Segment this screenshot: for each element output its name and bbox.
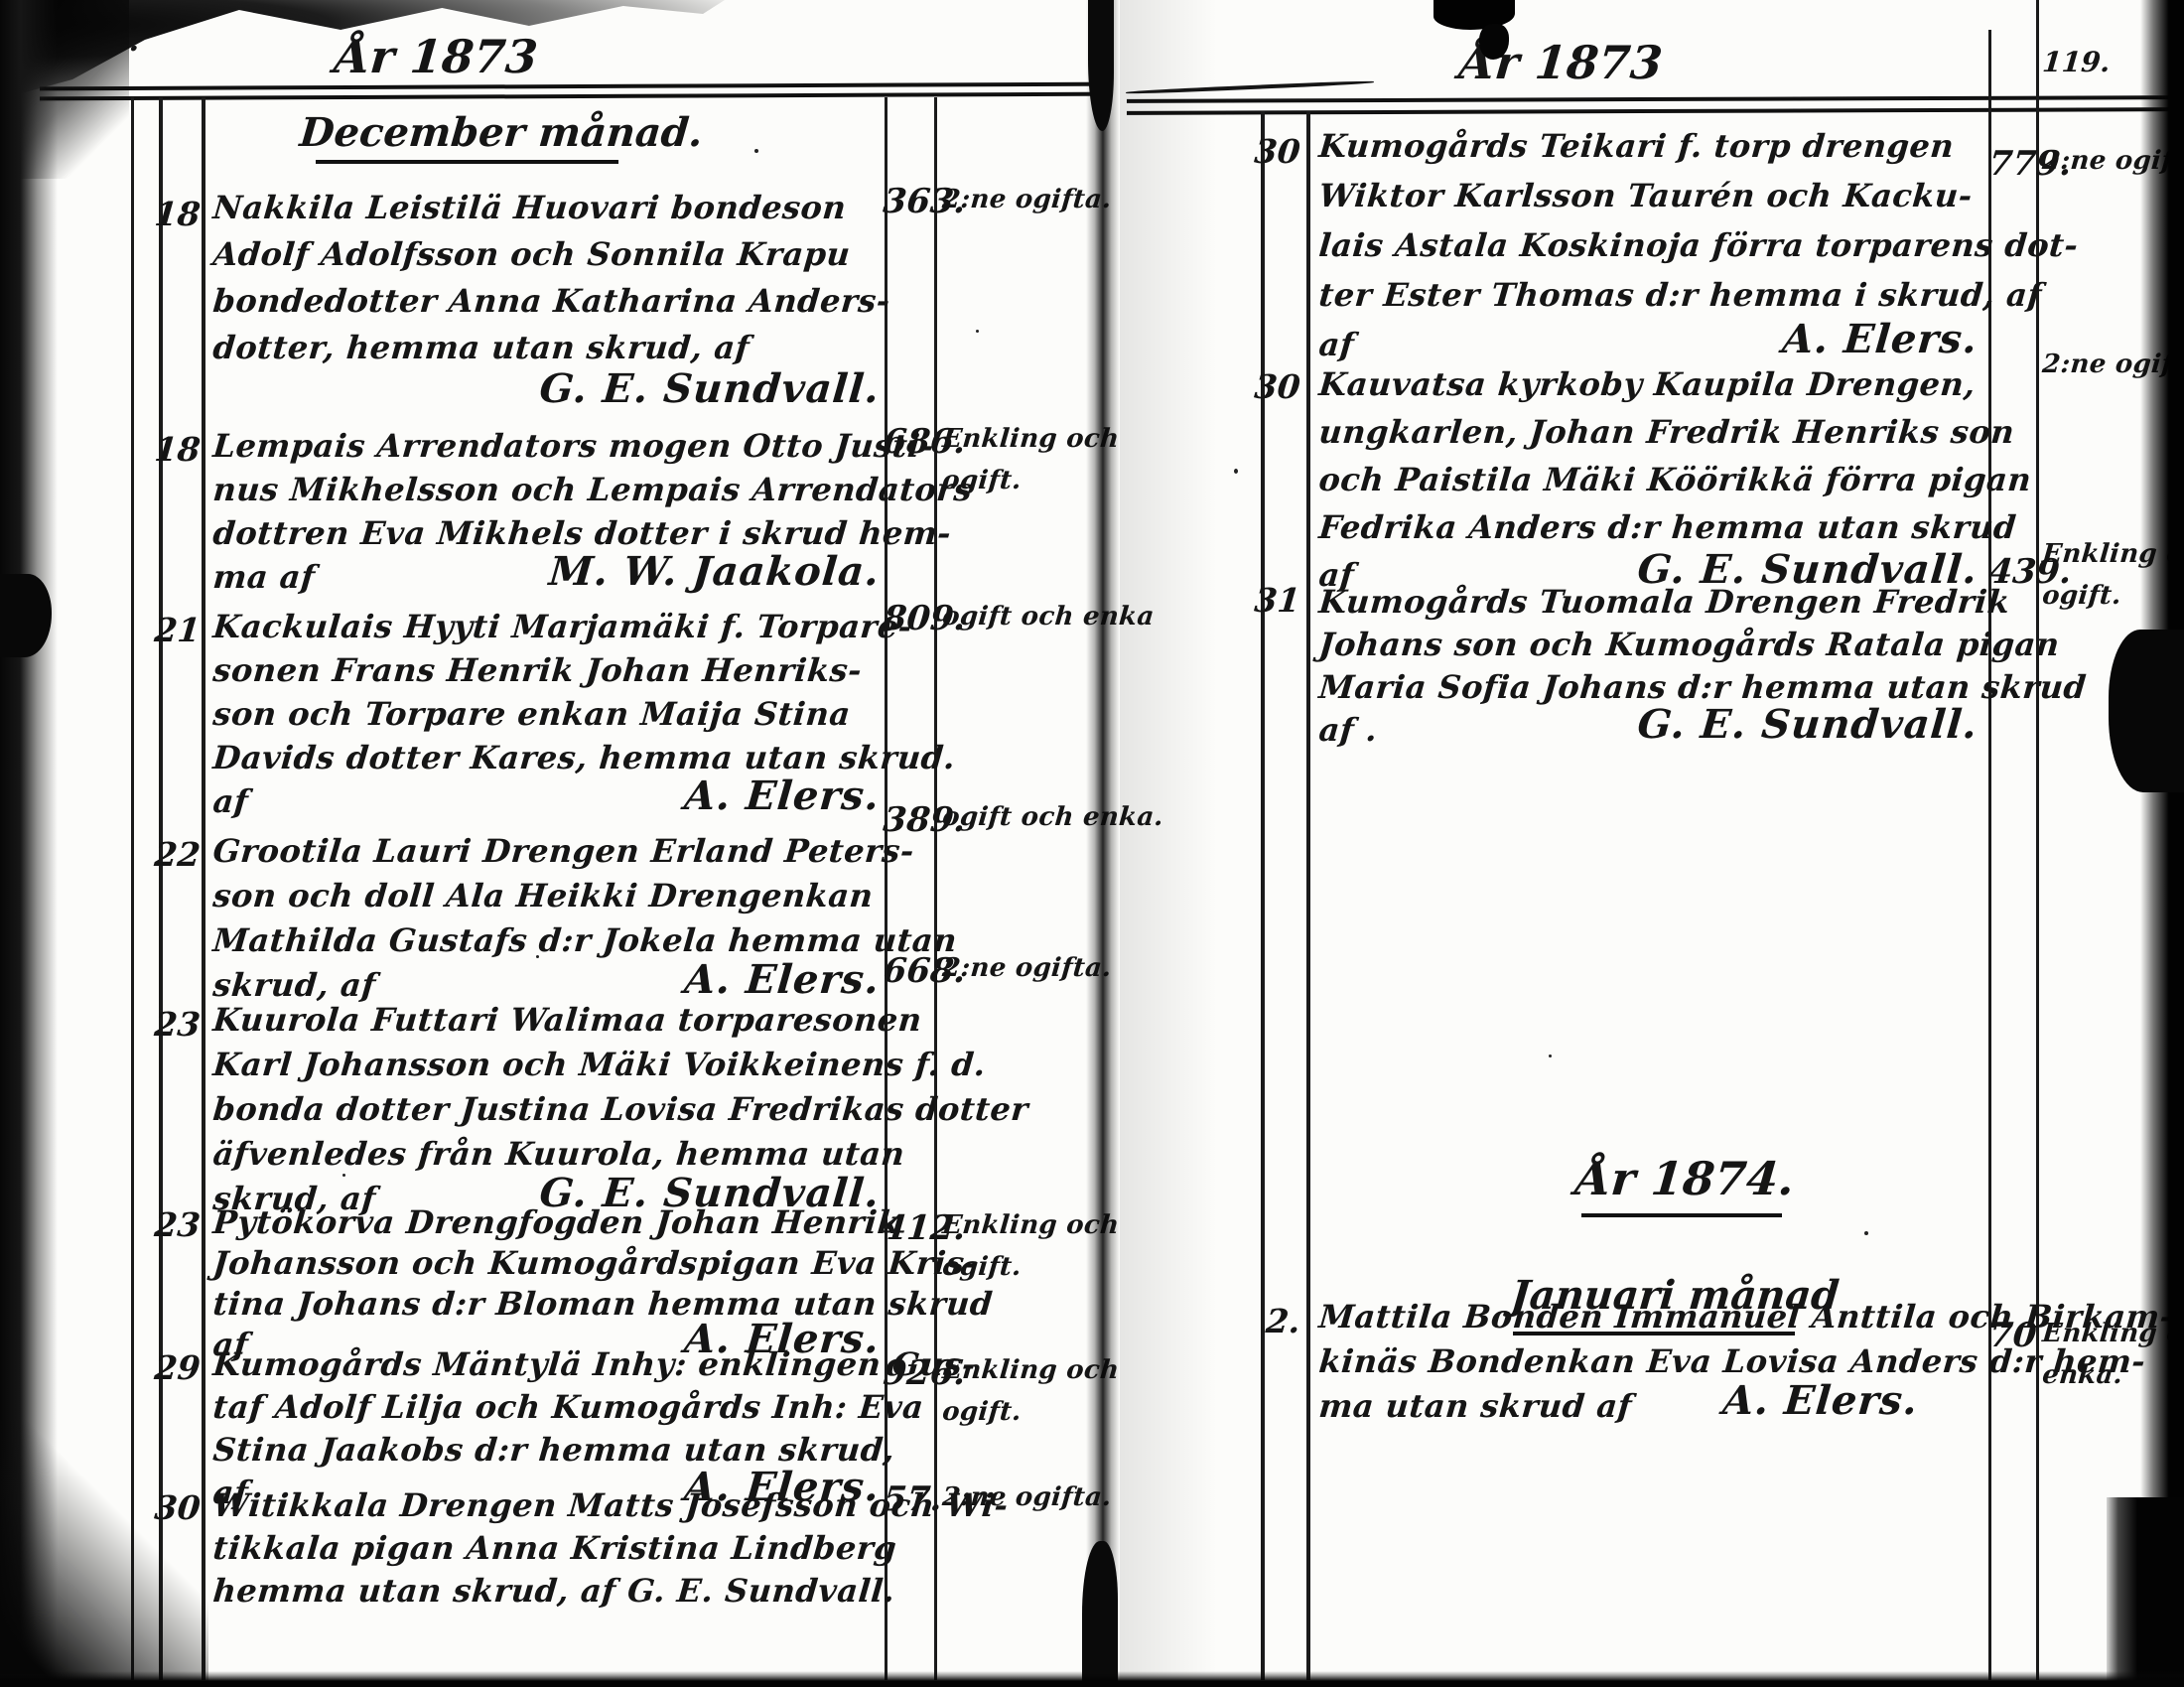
entry-tail: af .: [1317, 711, 1379, 749]
left-header-rule-top: [40, 82, 1112, 91]
entry-day: 29: [153, 1348, 202, 1387]
gutter-blot-top: [1088, 0, 1114, 131]
entry-signature: A. Elers.: [480, 773, 882, 819]
scan-edge-bottom: [0, 1671, 2184, 1687]
scan-speck: [1549, 1054, 1552, 1057]
entry-line: bondedotter Anna Katharina Anders-: [211, 282, 891, 320]
scan-speck: [1864, 1231, 1868, 1235]
entry-line: sonen Frans Henrik Johan Henriks-: [211, 651, 864, 689]
right-header-rule-bottom: [1127, 107, 2184, 115]
entry-number: 439.: [1987, 552, 2038, 592]
right-header-rule-top: [1127, 95, 2184, 103]
entry-line: äfvenledes från Kuurola, hemma utan: [211, 1135, 906, 1173]
gutter-blot-bottom: [1082, 1541, 1118, 1687]
entry-line: ter Ester Thomas d:r hemma i skrud, af: [1317, 276, 2043, 314]
entry-line: Grootila Lauri Drengen Erland Peters-: [211, 832, 915, 870]
entry-signature: M. W. Jaakola.: [480, 548, 882, 595]
entry-line: bonda dotter Justina Lovisa Fredrikas do…: [211, 1090, 1030, 1128]
entry-note-line: ogift.: [941, 1397, 1023, 1427]
entry-day: 22: [153, 835, 202, 874]
book-gutter-shadow: [1086, 0, 1120, 1687]
entry-note-line: ogift.: [2041, 581, 2122, 611]
entry-number: 70: [1987, 1316, 2038, 1355]
scan-stain-bottom-right: [2107, 1497, 2184, 1687]
entry-line: Wiktor Karlsson Taurén och Kacku-: [1317, 177, 1974, 214]
entry-day: 18: [153, 430, 202, 469]
entry-tail: ma af: [211, 558, 317, 596]
entry-line: Davids dotter Kares, hemma utan skrud.: [211, 739, 957, 776]
entry-note-line: enka.: [2041, 1360, 2123, 1390]
year-1874-heading: År 1874.: [1559, 1152, 1812, 1205]
entry-line: Karl Johansson och Mäki Voikkeinens f. d…: [211, 1046, 988, 1083]
entry-day: 18: [153, 195, 202, 233]
scan-speck: [536, 955, 539, 958]
right-page-number: 119.: [2041, 46, 2112, 78]
entry-tail: skrud, af: [211, 966, 377, 1004]
scan-speck: [695, 1408, 698, 1412]
scan-stain-bottom-left: [0, 1420, 208, 1687]
entry-line: son och doll Ala Heikki Drengenkan: [211, 877, 875, 914]
entry-number: 389.: [882, 800, 936, 840]
entry-line: och Paistila Mäki Köörikkä förra pigan: [1317, 461, 2033, 498]
entry-line: Johans son och Kumogårds Ratala pigan: [1317, 626, 2061, 663]
entry-line: Mathilda Gustafs d:r Jokela hemma utan: [211, 921, 959, 959]
entry-line: Lempais Arrendators mogen Otto Justi-: [211, 427, 935, 465]
entry-number: 363.: [882, 182, 936, 221]
entry-number: 926.: [882, 1353, 936, 1393]
right-page-border: [1261, 111, 1265, 1680]
entry-day: 23: [153, 1205, 202, 1244]
scan-blot-right: [2109, 630, 2184, 792]
right-day-column-divider: [1306, 111, 1310, 1680]
entry-line: Kumogårds Teikari f. torp drengen: [1317, 127, 1956, 165]
entry-line: Kumogårds Mäntylä Inhy: enklingen Gus-: [211, 1345, 978, 1383]
entry-number: 668.: [882, 951, 936, 991]
left-month-heading: December månad.: [298, 109, 639, 156]
left-header-rule-bottom: [40, 92, 1112, 101]
entry-line: Kauvatsa kyrkoby Kaupila Drengen,: [1317, 365, 1978, 403]
entry-day: 23: [153, 1005, 202, 1044]
entry-number: 412.: [882, 1208, 936, 1248]
entry-note-line: ogift.: [941, 466, 1023, 495]
entry-line: Kuurola Futtari Walimaa torparesonen: [211, 1001, 923, 1039]
entry-line: Kackulais Hyyti Marjamäki f. Torpare-: [211, 608, 913, 645]
entry-line: Pytökorva Drengfogden Johan Henrik: [211, 1203, 901, 1241]
entry-number: 779.: [1987, 144, 2038, 184]
entry-signature: G. E. Sundvall.: [1578, 701, 1979, 748]
right-year-heading: År 1873: [1434, 36, 1688, 89]
entry-line: Adolf Adolfsson och Sonnila Krapu: [211, 235, 852, 273]
entry-note-line: ogift.: [941, 1252, 1023, 1282]
entry-number: 809.: [882, 599, 936, 638]
entry-line: ungkarlen, Johan Fredrik Henriks son: [1317, 413, 2016, 451]
entry-line: tikkala pigan Anna Kristina Lindberg: [211, 1529, 898, 1567]
entry-signature: A. Elers.: [480, 956, 882, 1003]
entry-line: nus Mikhelsson och Lempais Arrendators: [211, 471, 974, 508]
year-1874-underline: [1581, 1213, 1782, 1217]
entry-signature: A. Elers.: [1578, 316, 1979, 362]
entry-line: lais Astala Koskinoja förra torparens do…: [1317, 226, 2080, 264]
entry-number: 686.: [882, 422, 936, 462]
entry-line: dotter, hemma utan skrud, af: [211, 329, 751, 366]
entry-line: son och Torpare enkan Maija Stina: [211, 695, 852, 733]
entry-line: Johansson och Kumogårdspigan Eva Kris-: [211, 1244, 980, 1282]
entry-line: Fedrika Anders d:r hemma utan skrud: [1317, 508, 2018, 546]
entry-line: dottren Eva Mikhels dotter i skrud hem-: [211, 514, 953, 552]
entry-line: taf Adolf Lilja och Kumogårds Inh: Eva: [211, 1388, 925, 1426]
entry-tail: af: [1317, 326, 1356, 363]
entry-line: Kumogårds Tuomala Drengen Fredrik: [1317, 583, 2011, 621]
entry-signature: G. E. Sundvall.: [480, 365, 882, 412]
left-month-underline: [316, 160, 618, 164]
entry-day: 21: [153, 611, 202, 649]
scan-speck: [342, 1174, 345, 1177]
entry-signature: A. Elers.: [1519, 1377, 1920, 1424]
scan-speck: [754, 149, 758, 153]
scan-speck: [1234, 469, 1238, 474]
register-scan: 118. 119. År 1873 År 1873 December månad…: [0, 0, 2184, 1687]
entry-tail: af: [211, 782, 250, 820]
scan-edge-right: [2140, 0, 2184, 1687]
scan-speck: [976, 330, 979, 333]
entry-line: Nakkila Leistilä Huovari bondeson: [211, 189, 848, 226]
entry-line: hemma utan skrud, af G. E. Sundvall.: [211, 1572, 896, 1610]
left-note-column-divider: [934, 97, 937, 1680]
entry-number: 57.: [882, 1479, 936, 1519]
left-year-heading: År 1873: [310, 30, 563, 83]
page-fold-shadow: [1120, 0, 1259, 1687]
